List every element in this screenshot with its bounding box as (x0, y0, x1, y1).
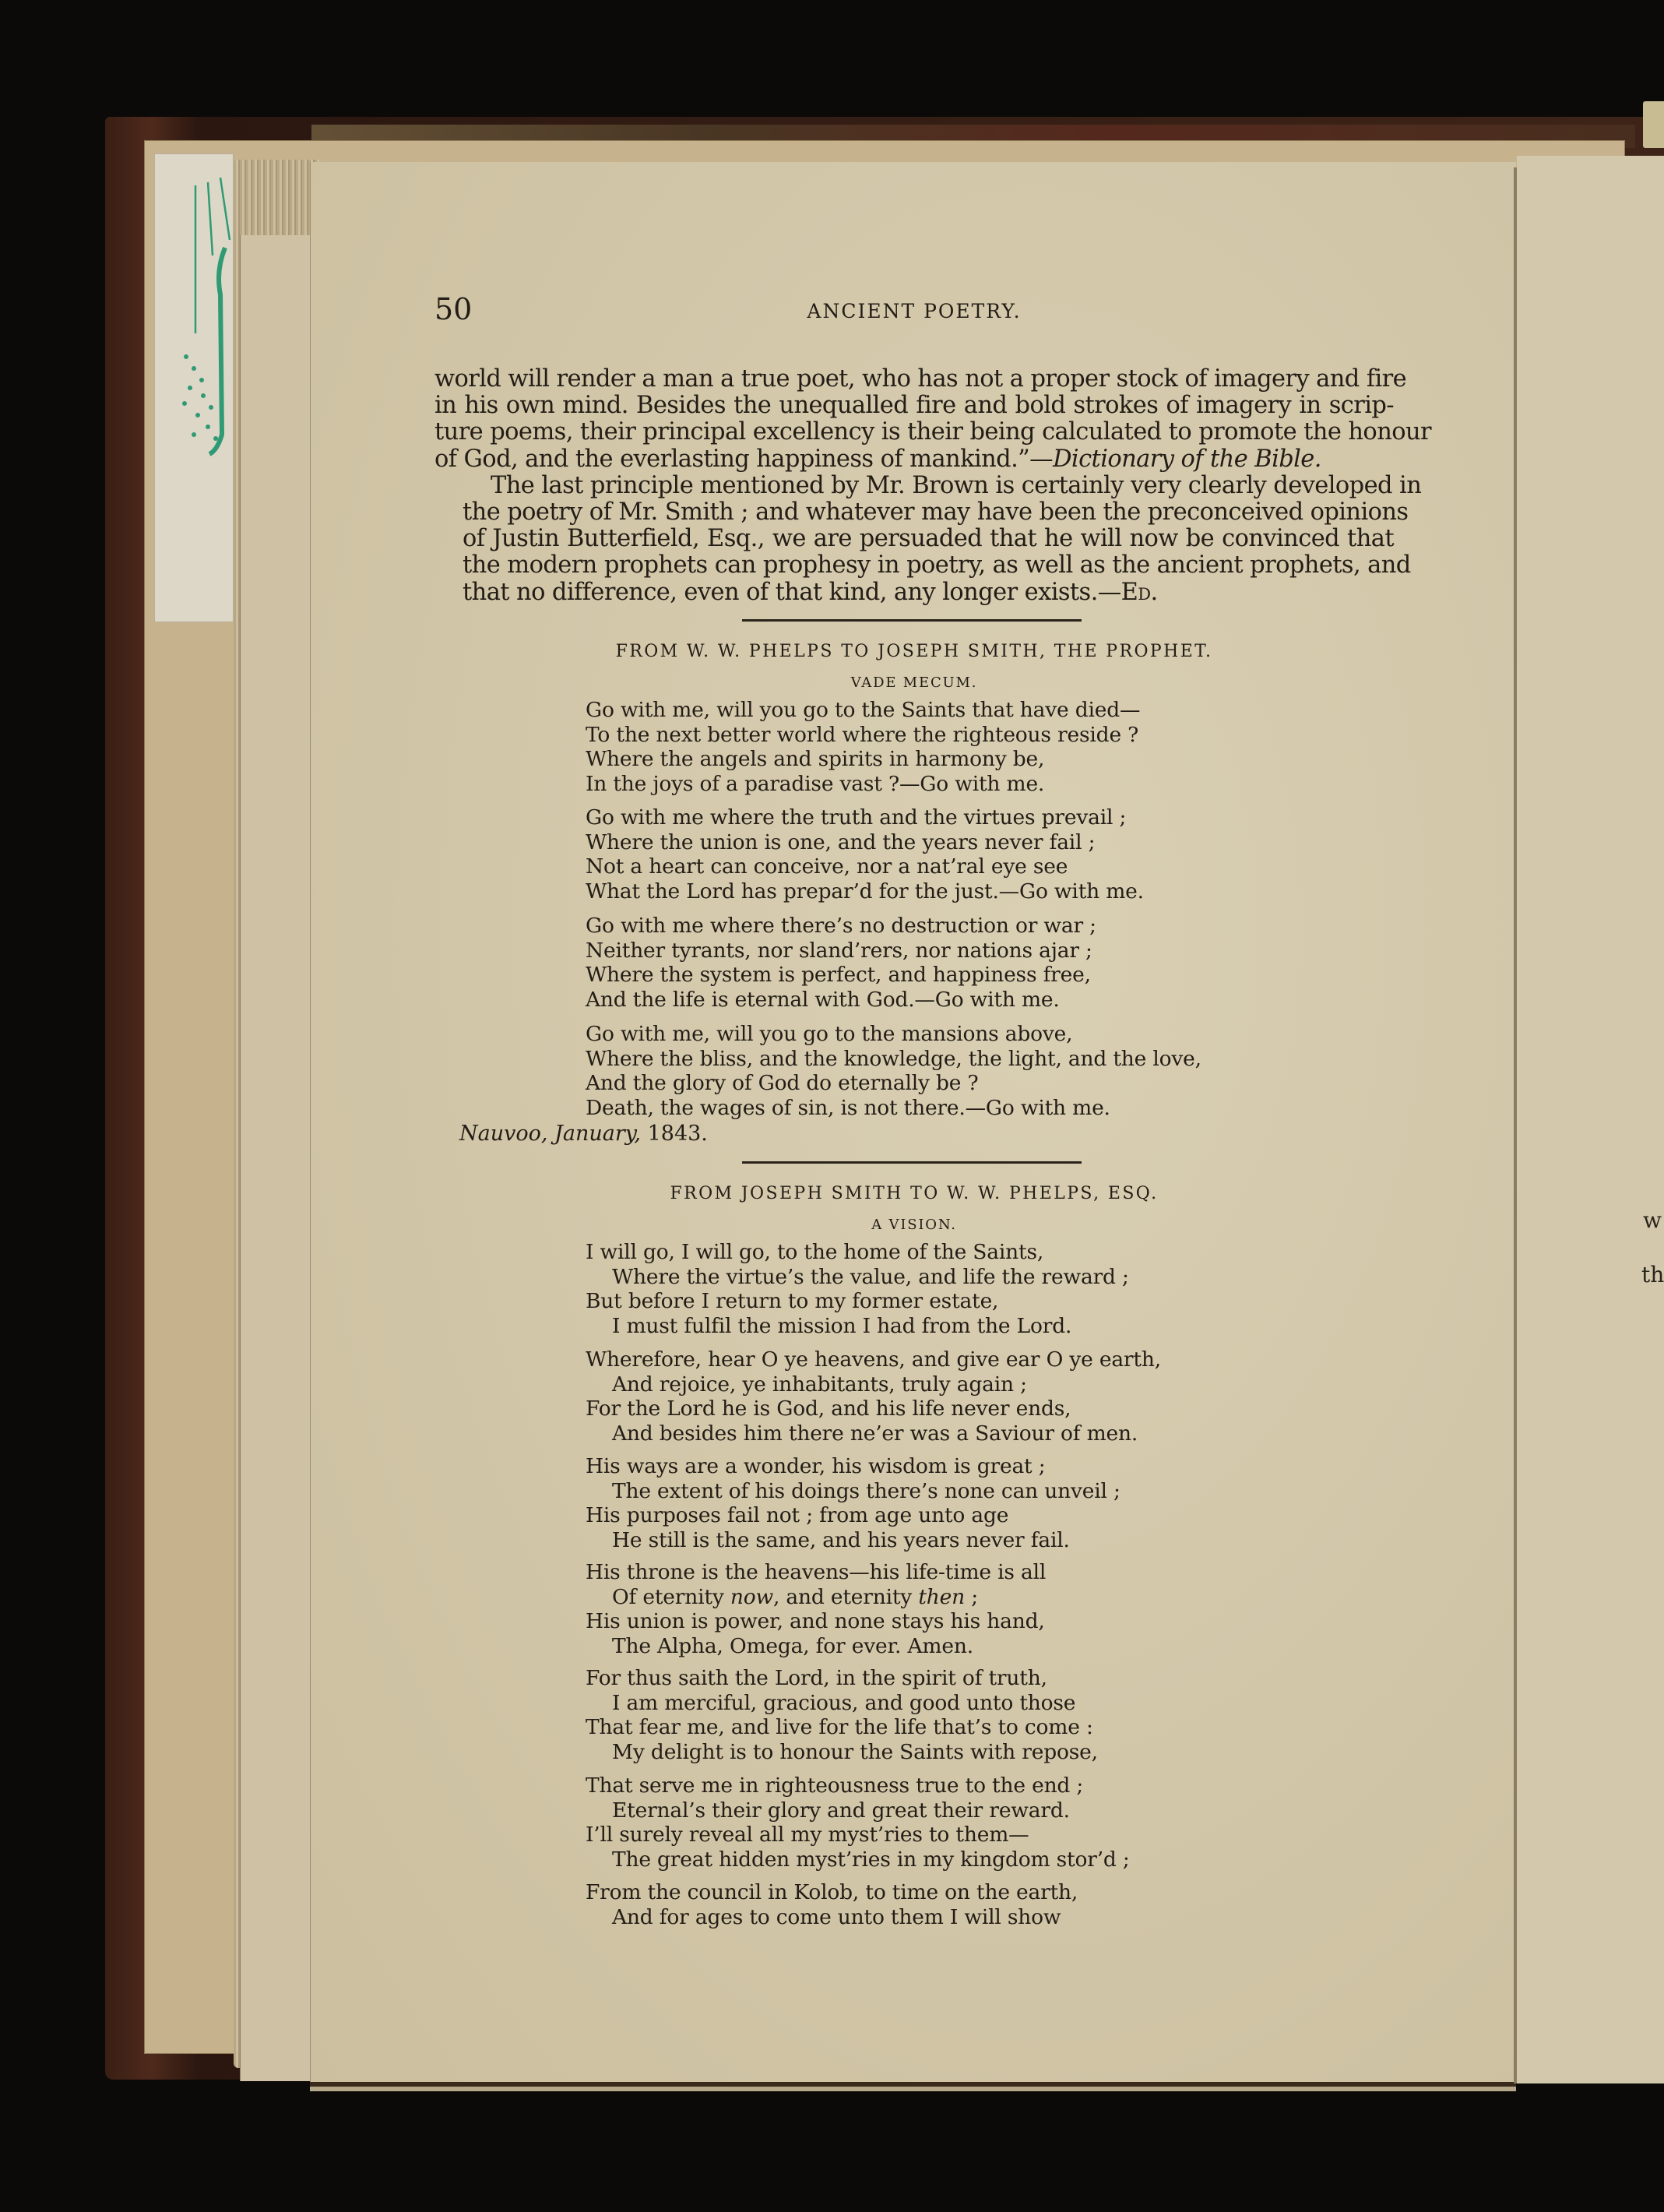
dateline-year: 1843. (648, 1122, 708, 1146)
verse-line: Where the bliss, and the knowledge, the … (586, 1047, 1201, 1072)
folded-page-flap (240, 235, 311, 2081)
verse-line: To the next better world where the right… (586, 723, 1140, 748)
stanza: I will go, I will go, to the home of the… (586, 1240, 1129, 1338)
stanza: Wherefore, hear O ye heavens, and give e… (586, 1347, 1161, 1446)
text-line: ture poems, their principal excellency i… (434, 419, 1394, 446)
stanza: His ways are a wonder, his wisdom is gre… (586, 1454, 1120, 1552)
dateline-place: Nauvoo, January, (459, 1122, 641, 1146)
verse-line: What the Lord has prepar’d for the just.… (586, 879, 1144, 904)
verse-line: But before I return to my former estate, (586, 1289, 1129, 1314)
verse-line: And rejoice, ye inhabitants, truly again… (586, 1372, 1161, 1397)
facing-page-fragment: th (1641, 1262, 1664, 1287)
verse-line: Go with me where there’s no destruction … (586, 914, 1096, 939)
verse-line: His union is power, and none stays his h… (586, 1609, 1046, 1634)
verse-line: Go with me where the truth and the virtu… (586, 805, 1144, 830)
text-line: the poetry of Mr. Smith ; and whatever m… (434, 499, 1394, 526)
verse-line: That fear me, and live for the life that… (586, 1715, 1098, 1740)
emphasis: now (730, 1585, 773, 1609)
facing-page (1517, 156, 1664, 2083)
poem-dateline: Nauvoo, January, 1843. (459, 1122, 708, 1146)
verse-line: Where the system is perfect, and happine… (586, 963, 1096, 988)
facing-page-fragment: w (1643, 1207, 1662, 1233)
running-head: 50 ANCIENT POETRY. (434, 292, 1394, 331)
emphasis: then (918, 1585, 965, 1609)
verse-line: My delight is to honour the Saints with … (586, 1740, 1098, 1765)
verse-line: The great hidden myst’ries in my kingdom… (586, 1847, 1130, 1872)
stanza: From the council in Kolob, to time on th… (586, 1880, 1078, 1929)
text-run: , and eternity (773, 1585, 918, 1609)
text-line: of God, and the everlasting happiness of… (434, 446, 1394, 473)
verse-line: Neither tyrants, nor sland’rers, nor nat… (586, 939, 1096, 963)
verse-line: And besides him there ne’er was a Saviou… (586, 1421, 1161, 1446)
verse-line: I will go, I will go, to the home of the… (586, 1240, 1129, 1265)
stanza: Go with me where the truth and the virtu… (586, 805, 1144, 903)
verse-line: His purposes fail not ; from age unto ag… (586, 1503, 1120, 1528)
stanza: Go with me where there’s no destruction … (586, 914, 1096, 1012)
section-rule (742, 619, 1082, 622)
verse-line: Go with me, will you go to the mansions … (586, 1022, 1201, 1047)
verse-line: Wherefore, hear O ye heavens, and give e… (586, 1347, 1161, 1372)
verse-line: From the council in Kolob, to time on th… (586, 1880, 1078, 1905)
poem-subtitle: VADE MECUM. (434, 675, 1394, 691)
verse-line: And for ages to come unto them I will sh… (586, 1905, 1078, 1930)
verse-line: I am merciful, gracious, and good unto t… (586, 1691, 1098, 1716)
verse-line: His ways are a wonder, his wisdom is gre… (586, 1454, 1120, 1479)
stanza: His throne is the heavens—his life-time … (586, 1560, 1046, 1658)
verse-line: I’ll surely reveal all my myst’ries to t… (586, 1823, 1130, 1847)
verse-line: That serve me in righteousness true to t… (586, 1773, 1130, 1798)
text-line: that no difference, even of that kind, a… (434, 579, 1394, 606)
citation: Dictionary of the Bible. (1053, 446, 1321, 473)
text-run: of God, and the everlasting happiness of… (434, 446, 1053, 473)
paragraph-quote-end: world will render a man a true poet, who… (434, 366, 1394, 473)
text-line: of Justin Butterfield, Esq., we are pers… (434, 526, 1394, 552)
bookplate-illustration-icon (155, 154, 233, 622)
poem-heading: FROM W. W. PHELPS TO JOSEPH SMITH, THE P… (434, 642, 1394, 661)
verse-line: Eternal’s their glory and great their re… (586, 1798, 1130, 1823)
verse-line: And the glory of God do eternally be ? (586, 1071, 1201, 1096)
text-run: Of eternity (612, 1585, 730, 1609)
verse-line: Of eternity now, and eternity then ; (586, 1585, 1046, 1610)
verse-line: The Alpha, Omega, for ever. Amen. (586, 1634, 1046, 1659)
section-rule (742, 1161, 1082, 1164)
text-run: that no difference, even of that kind, a… (463, 579, 1121, 606)
verse-line: Where the angels and spirits in harmony … (586, 747, 1140, 772)
text-run: ; (965, 1585, 978, 1609)
verse-line: In the joys of a paradise vast ?—Go with… (586, 772, 1140, 797)
verse-line: The extent of his doings there’s none ca… (586, 1479, 1120, 1504)
prose-body: world will render a man a true poet, who… (434, 366, 1394, 606)
text-line: world will render a man a true poet, who… (434, 366, 1394, 393)
text-line: in his own mind. Besides the unequalled … (434, 393, 1394, 419)
verse-line: For the Lord he is God, and his life nev… (586, 1397, 1161, 1421)
verse-line: Where the union is one, and the years ne… (586, 830, 1144, 855)
bookplate-strip (154, 153, 234, 622)
verse-line: Go with me, will you go to the Saints th… (586, 698, 1140, 723)
verse-line: For thus saith the Lord, in the spirit o… (586, 1666, 1098, 1691)
poem-subtitle: A VISION. (434, 1217, 1394, 1233)
verse-line: Death, the wages of sin, is not there.—G… (586, 1096, 1201, 1121)
text-line: The last principle mentioned by Mr. Brow… (434, 473, 1394, 499)
paragraph-editor-note: The last principle mentioned by Mr. Brow… (434, 473, 1394, 606)
page-tab (1643, 101, 1664, 148)
stanza: Go with me, will you go to the mansions … (586, 1022, 1201, 1120)
text-line: the modern prophets can prophesy in poet… (434, 552, 1394, 579)
verse-line: Not a heart can conceive, nor a nat’ral … (586, 854, 1144, 879)
stanza: For thus saith the Lord, in the spirit o… (586, 1666, 1098, 1764)
verse-line: I must fulfil the mission I had from the… (586, 1314, 1129, 1339)
editor-signature: Ed. (1121, 579, 1158, 606)
verse-line: And the life is eternal with God.—Go wit… (586, 988, 1096, 1013)
verse-line: Where the virtue’s the value, and life t… (586, 1265, 1129, 1290)
poem-heading: FROM JOSEPH SMITH TO W. W. PHELPS, ESQ. (434, 1184, 1394, 1203)
verse-line: He still is the same, and his years neve… (586, 1528, 1120, 1553)
stanza: Go with me, will you go to the Saints th… (586, 698, 1140, 796)
verse-line: His throne is the heavens—his life-time … (586, 1560, 1046, 1585)
stanza: That serve me in righteousness true to t… (586, 1773, 1130, 1872)
page-title: ANCIENT POETRY. (434, 300, 1394, 322)
